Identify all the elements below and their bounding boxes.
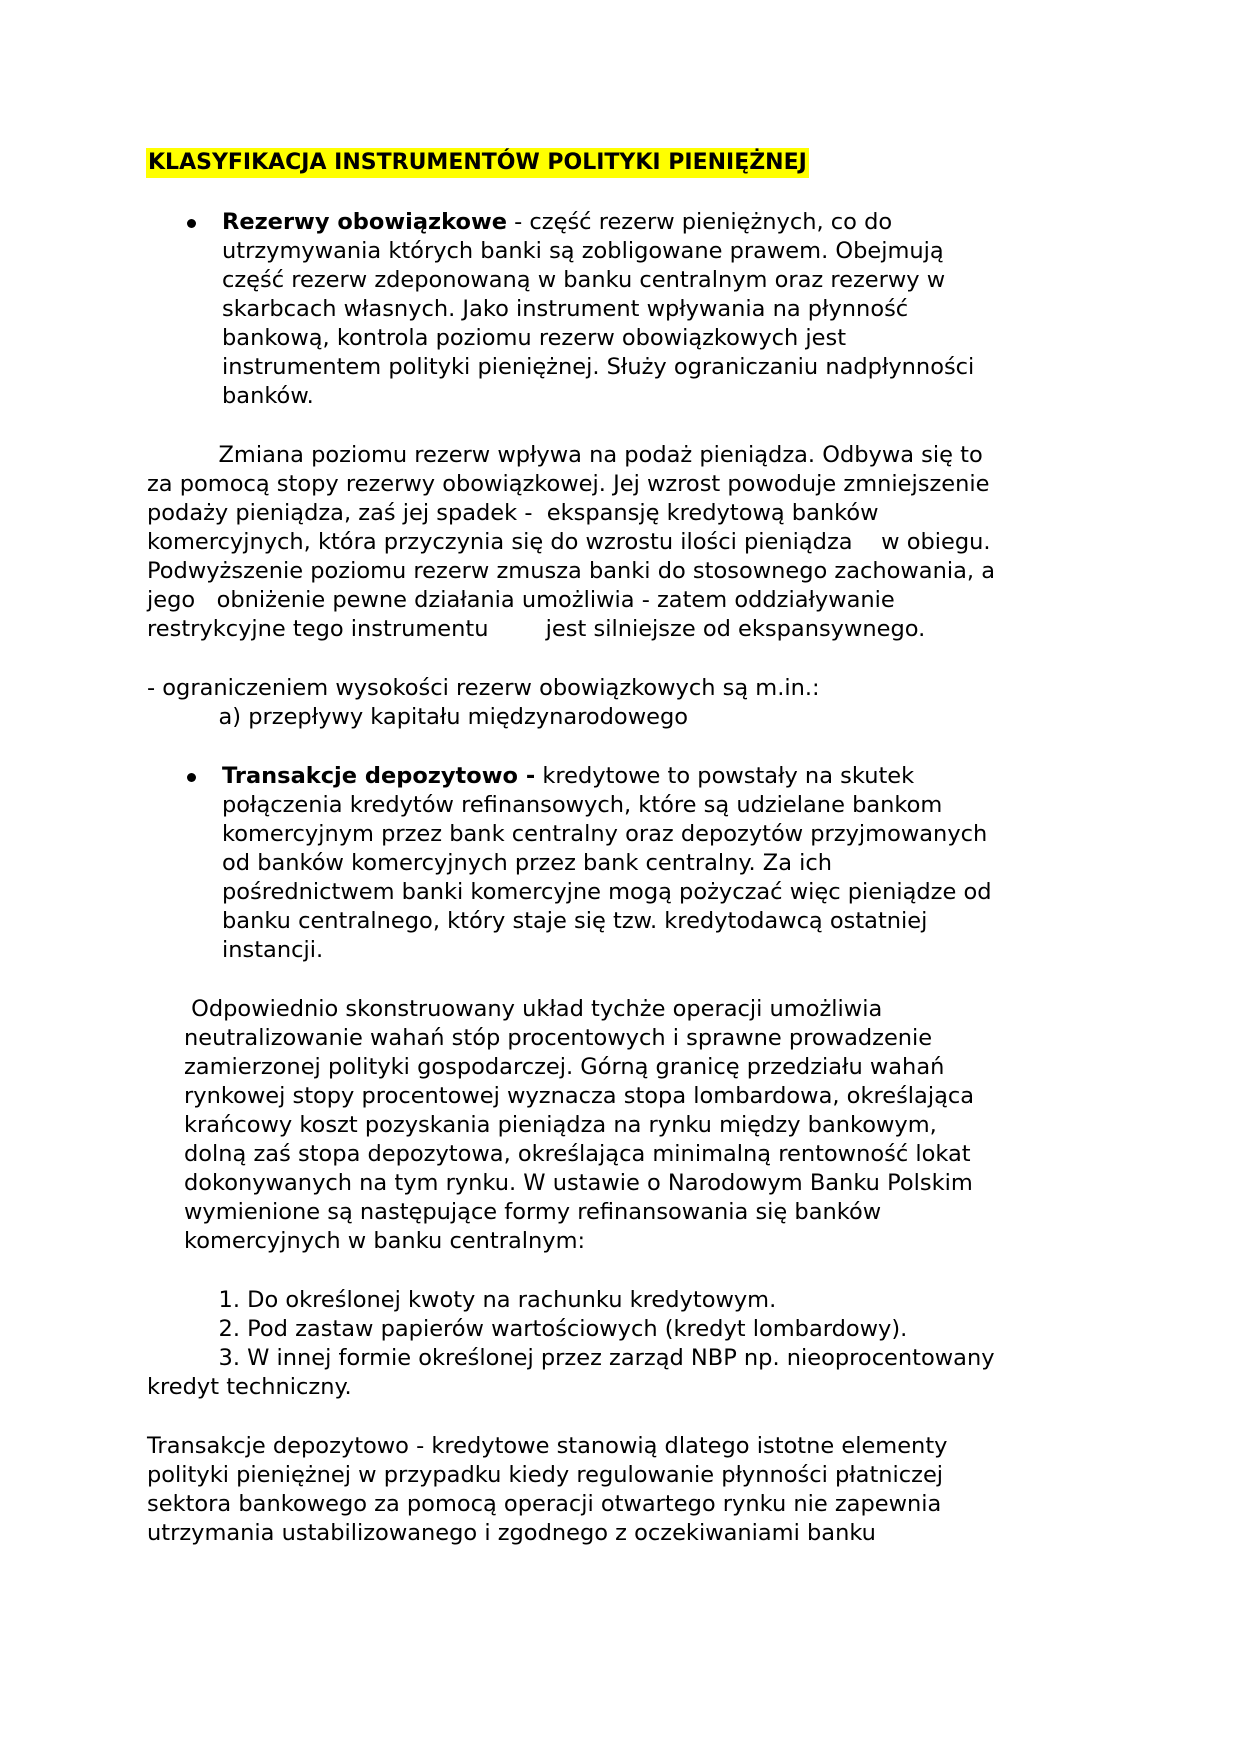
- section1-line: instrumentem polityki pieniężnej. Służy …: [222, 353, 974, 382]
- numbered-item: kredyt techniczny.: [147, 1373, 352, 1402]
- paragraph3-line: sektora bankowego za pomocą operacji otw…: [147, 1490, 941, 1519]
- numbered-item: 2. Pod zastaw papierów wartościowych (kr…: [147, 1315, 907, 1344]
- paragraph2-line: neutralizowanie wahań stóp procentowych …: [184, 1024, 932, 1053]
- bullet-icon: [187, 219, 196, 228]
- paragraph2-line: Odpowiednio skonstruowany układ tychże o…: [184, 995, 882, 1024]
- paragraph3-line: Transakcje depozytowo - kredytowe stanow…: [147, 1432, 947, 1461]
- paragraph3-line: polityki pieniężnej w przypadku kiedy re…: [147, 1461, 943, 1490]
- section1-line: utrzymywania których banki są zobligowan…: [222, 237, 944, 266]
- section1-heading: Rezerwy obowiązkowe: [222, 209, 507, 235]
- paragraph2-line: dolną zaś stopa depozytowa, określająca …: [184, 1140, 971, 1169]
- section2-line: banku centralnego, który staje się tzw. …: [222, 907, 927, 936]
- paragraph2-line: komercyjnych w banku centralnym:: [184, 1227, 585, 1256]
- paragraph1-line: Podwyższenie poziomu rezerw zmusza banki…: [147, 557, 995, 586]
- section1-text: - część rezerw pieniężnych, co do: [507, 209, 892, 235]
- section2-line: od banków komercyjnych przez bank centra…: [222, 849, 832, 878]
- document-title: KLASYFIKACJA INSTRUMENTÓW POLITYKI PIENI…: [146, 148, 809, 178]
- paragraph2-line: krańcowy koszt pozyskania pieniądza na r…: [184, 1111, 937, 1140]
- section1-line: banków.: [222, 382, 314, 411]
- paragraph1-line: Zmiana poziomu rezerw wpływa na podaż pi…: [147, 441, 983, 470]
- section1-line: bankową, kontrola poziomu rezerw obowiąz…: [222, 324, 846, 353]
- paragraph2-line: dokonywanych na tym rynku. W ustawie o N…: [184, 1169, 973, 1198]
- paragraph1-line: jego obniżenie pewne działania umożliwia…: [147, 586, 895, 615]
- section1-first-line: Rezerwy obowiązkowe - część rezerw pieni…: [222, 208, 892, 237]
- paragraph2-line: wymienione są następujące formy refinans…: [184, 1198, 881, 1227]
- paragraph2-line: rynkowej stopy procentowej wyznacza stop…: [184, 1082, 974, 1111]
- section2-line: pośrednictwem banki komercyjne mogą poży…: [222, 878, 992, 907]
- section1-line: skarbcach własnych. Jako instrument wpły…: [222, 295, 908, 324]
- section2-line: komercyjnym przez bank centralny oraz de…: [222, 820, 987, 849]
- paragraph1-line: komercyjnych, która przyczynia się do wz…: [147, 528, 991, 557]
- paragraph1-line: restrykcyjne tego instrumentu jest silni…: [147, 615, 925, 644]
- paragraph1-line: za pomocą stopy rezerwy obowiązkowej. Je…: [147, 470, 989, 499]
- section2-heading: Transakcje depozytowo -: [222, 763, 535, 789]
- numbered-item: 1. Do określonej kwoty na rachunku kredy…: [147, 1286, 776, 1315]
- limits-line: - ograniczeniem wysokości rezerw obowiąz…: [147, 674, 820, 703]
- document-page: KLASYFIKACJA INSTRUMENTÓW POLITYKI PIENI…: [0, 0, 1240, 1754]
- numbered-item: 3. W innej formie określonej przez zarzą…: [147, 1344, 995, 1373]
- section2-line: instancji.: [222, 936, 323, 965]
- section2-line: połączenia kredytów refinansowych, które…: [222, 791, 942, 820]
- paragraph2-line: zamierzonej polityki gospodarczej. Górną…: [184, 1053, 944, 1082]
- paragraph1-line: podaży pieniądza, zaś jej spadek - ekspa…: [147, 499, 879, 528]
- section2-first-line: Transakcje depozytowo - kredytowe to pow…: [222, 762, 914, 791]
- bullet-icon: [187, 773, 196, 782]
- section1-line: część rezerw zdeponowaną w banku central…: [222, 266, 945, 295]
- limits-line: a) przepływy kapitału międzynarodowego: [147, 703, 688, 732]
- section2-text: kredytowe to powstały na skutek: [535, 763, 914, 789]
- paragraph3-line: utrzymania ustabilizowanego i zgodnego z…: [147, 1519, 876, 1548]
